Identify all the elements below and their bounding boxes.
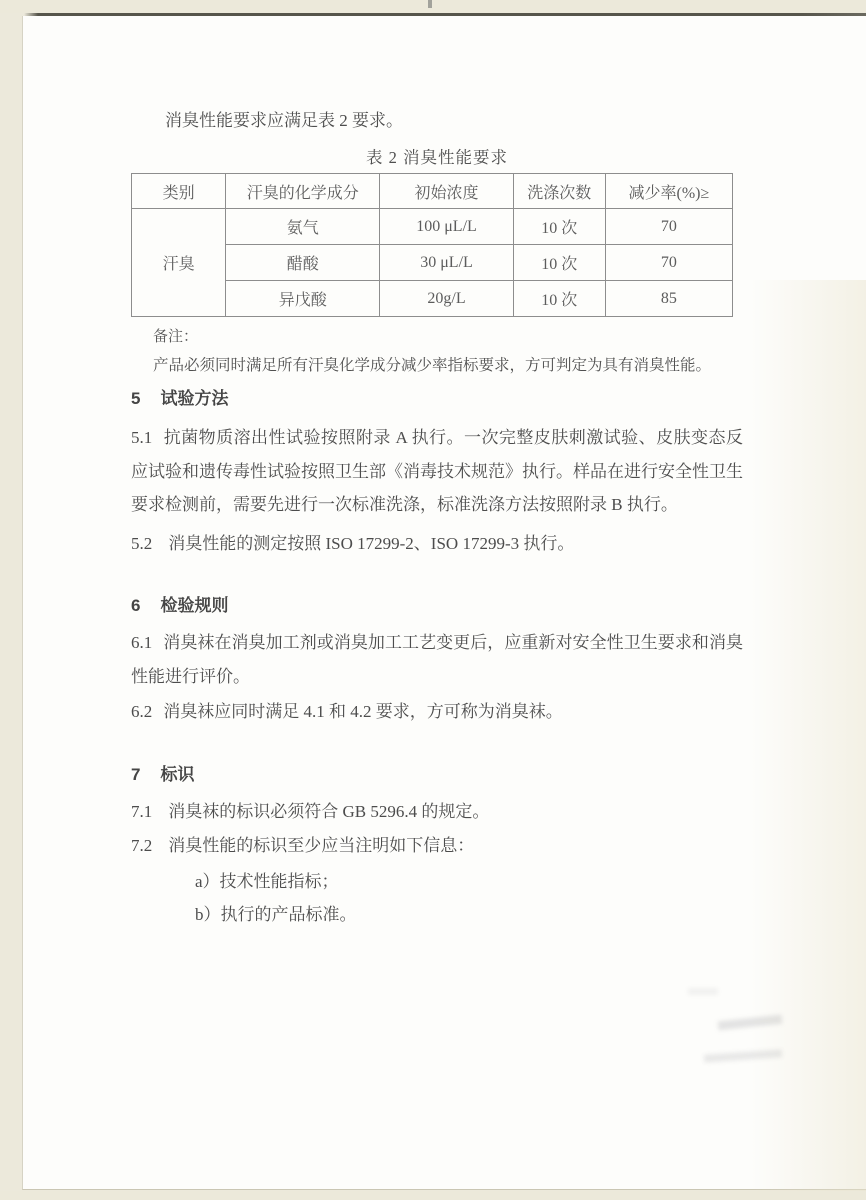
section-title: 标识 [160, 765, 194, 784]
table-cell-component: 氨气 [226, 209, 380, 245]
section-heading-marking: 7标识 [131, 763, 743, 787]
table-cell-washes: 10 次 [513, 281, 605, 317]
section-heading-test-methods: 5试验方法 [131, 387, 743, 411]
table-cell-concentration: 20g/L [380, 281, 513, 317]
table-header-row: 类别 汗臭的化学成分 初始浓度 洗涤次数 减少率(%)≥ [132, 174, 733, 209]
clause-5-2: 5.2消臭性能的测定按照 ISO 17299-2、ISO 17299-3 执行。 [131, 527, 743, 561]
table-note-text: 产品必须同时满足所有汗臭化学成分减少率指标要求，方可判定为具有消臭性能。 [131, 354, 743, 377]
clause-6-2: 6.2消臭袜应同时满足 4.1 和 4.2 要求，方可称为消臭袜。 [131, 695, 743, 729]
page-content: 消臭性能要求应满足表 2 要求。 表 2 消臭性能要求 类别 汗臭的化学成分 初… [131, 16, 743, 932]
table-header-component: 汗臭的化学成分 [226, 174, 380, 209]
clause-number: 5.2 [131, 534, 152, 553]
scan-backing-top [0, 0, 866, 13]
clause-number: 7.2 [131, 836, 152, 855]
section-heading-inspection-rules: 6检验规则 [131, 594, 743, 618]
table-cell-category: 汗臭 [132, 209, 226, 317]
clause-text: 消臭袜的标识必须符合 GB 5296.4 的规定。 [168, 802, 489, 821]
table-header-category: 类别 [132, 174, 226, 209]
table-cell-washes: 10 次 [513, 209, 605, 245]
clause-text: 消臭袜在消臭加工剂或消臭加工工艺变更后，应重新对安全性卫生要求和消臭性能进行评价… [131, 633, 743, 686]
table-header-wash-count: 洗涤次数 [513, 174, 605, 209]
intro-paragraph: 消臭性能要求应满足表 2 要求。 [131, 109, 743, 133]
table-cell-component: 异戊酸 [226, 281, 380, 317]
section-number: 6 [131, 594, 140, 618]
table-cell-component: 醋酸 [226, 245, 380, 281]
section-title: 试验方法 [160, 389, 228, 408]
table-cell-concentration: 100 μL/L [380, 209, 513, 245]
section-number: 7 [131, 763, 140, 787]
clause-5-1: 5.1抗菌物质溶出性试验按照附录 A 执行。一次完整皮肤刺激试验、皮肤变态反应试… [131, 421, 743, 522]
marking-list-item-a: a）技术性能指标； [131, 865, 743, 899]
scan-artifact-tick [428, 0, 432, 8]
section-number: 5 [131, 387, 140, 411]
clause-number: 6.1 [131, 633, 152, 652]
table-cell-concentration: 30 μL/L [380, 245, 513, 281]
table-cell-reduction: 85 [605, 281, 732, 317]
table-row: 汗臭 氨气 100 μL/L 10 次 70 [132, 209, 733, 245]
table-header-reduction-rate: 减少率(%)≥ [605, 174, 732, 209]
section-title: 检验规则 [160, 596, 228, 615]
clause-7-2: 7.2消臭性能的标识至少应当注明如下信息： [131, 829, 743, 863]
paper-sheet: 消臭性能要求应满足表 2 要求。 表 2 消臭性能要求 类别 汗臭的化学成分 初… [22, 16, 866, 1190]
clause-number: 6.2 [131, 702, 152, 721]
table-caption: 表 2 消臭性能要求 [131, 147, 743, 169]
clause-7-1: 7.1消臭袜的标识必须符合 GB 5296.4 的规定。 [131, 795, 743, 829]
clause-text: 抗菌物质溶出性试验按照附录 A 执行。一次完整皮肤刺激试验、皮肤变态反应试验和遗… [131, 428, 743, 514]
clause-text: 消臭性能的测定按照 ISO 17299-2、ISO 17299-3 执行。 [168, 534, 574, 553]
scanned-standard-page: { "document": { "intro": "消臭性能要求应满足表 2 要… [0, 0, 866, 1200]
marking-list-item-b: b）执行的产品标准。 [131, 898, 743, 932]
table-cell-reduction: 70 [605, 209, 732, 245]
table-cell-washes: 10 次 [513, 245, 605, 281]
clause-number: 7.1 [131, 802, 152, 821]
scan-backing-bottom [0, 1191, 866, 1200]
clause-6-1: 6.1消臭袜在消臭加工剂或消臭加工工艺变更后，应重新对安全性卫生要求和消臭性能进… [131, 626, 743, 693]
clause-number: 5.1 [131, 428, 152, 447]
deodorant-performance-table: 类别 汗臭的化学成分 初始浓度 洗涤次数 减少率(%)≥ 汗臭 氨气 100 μ… [131, 173, 733, 317]
table-note-label: 备注： [131, 327, 743, 347]
table-cell-reduction: 70 [605, 245, 732, 281]
table-header-initial-concentration: 初始浓度 [380, 174, 513, 209]
clause-text: 消臭袜应同时满足 4.1 和 4.2 要求，方可称为消臭袜。 [163, 702, 563, 721]
clause-text: 消臭性能的标识至少应当注明如下信息： [168, 836, 474, 855]
